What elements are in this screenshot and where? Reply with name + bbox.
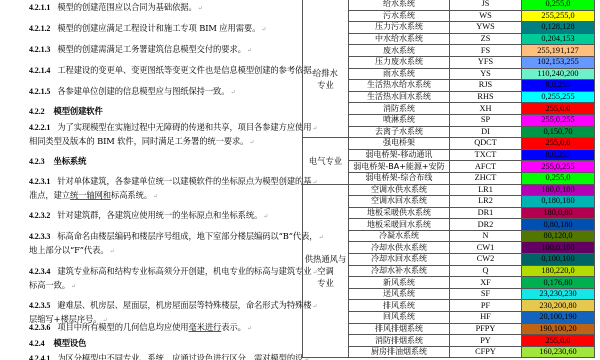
paragraph: 4.2.3.1针对单体建筑，各参建单位统一以建模软件的坐标原点为模型创建的基↵ xyxy=(29,176,317,188)
paragraph: 4.2.1.4工程建设的变更单、变更图纸等变更文件也是信息模型创建的参考依据。↵ xyxy=(29,65,326,77)
system-name-cell: 弱电桥架-移动通讯 xyxy=(349,149,450,161)
clause-number: 4.2.4 xyxy=(29,338,45,349)
group-label: 给排水 xyxy=(303,67,348,79)
system-name-cell: 消防排烟系统 xyxy=(349,335,450,347)
system-code-cell: AFCT xyxy=(450,161,522,173)
rgb-color-cell: 160,230,60 xyxy=(522,346,595,358)
rgb-color-cell: 0,128,128 xyxy=(522,22,595,34)
clause-number: 4.2.3 xyxy=(29,156,45,167)
group-cell: 给排水专业 xyxy=(303,0,349,138)
paragraph-text: 避难层、机房层、屋面层，机房屋面层等特殊楼层，命名形式为特殊楼 xyxy=(57,300,311,310)
section-heading: 4.2.2模型创建软件 xyxy=(29,106,103,117)
rgb-color-cell: 0,255,255 xyxy=(522,91,595,103)
system-code-cell: HF xyxy=(450,312,522,324)
rgb-color-cell: 180,0,180 xyxy=(522,184,595,196)
paragraph-text: 模型的创建需满足工务署建筑信息模型交付的要求。 xyxy=(57,44,246,54)
clause-number: 4.2.3.6 xyxy=(29,322,50,333)
paragraph-text: 工程建设的变更单、变更图纸等变更文件也是信息模型创建的参考依据。 xyxy=(57,65,319,75)
system-code-cell: N xyxy=(450,230,522,242)
paragraph-text: 相同类型及版本的 BIM 软件，同时满足工务署的统一要求。 xyxy=(29,136,248,146)
rgb-color-cell: 80,120,0 xyxy=(522,230,595,242)
rgb-color-cell: 255,0,255 xyxy=(522,161,595,173)
clause-number: 4.2.1.2 xyxy=(29,23,50,34)
system-code-cell: WS xyxy=(450,10,522,22)
paragraph-text: 表示。 xyxy=(221,322,246,332)
system-code-cell: XF xyxy=(450,277,522,289)
system-name-cell: 冷却水回水系统 xyxy=(349,254,450,266)
paragraph-mark-icon: ↵ xyxy=(263,213,268,220)
paragraph: 4.2.3.5避难层、机房层、屋面层，机房屋面层等特殊楼层，命名形式为特殊楼↵ xyxy=(29,300,317,312)
paragraph: 4.2.3.2针对建筑群，各建筑应使用统一的坐标原点和坐标系统。↵ xyxy=(29,210,268,222)
system-name-cell: 新风系统 xyxy=(349,277,450,289)
rgb-color-cell: 0,80,180 xyxy=(522,219,595,231)
paragraph-text: 模型的创建范围应以合同为基础依据。 xyxy=(57,2,196,12)
system-name-cell: 生活热水回水系统 xyxy=(349,91,450,103)
rgb-color-cell: 0,0,255 xyxy=(522,149,595,161)
document-text-column: 4.2.1.1模型的创建范围应以合同为基础依据。↵4.2.1.2模型的创建应满足… xyxy=(0,0,296,360)
group-label: 空调 xyxy=(303,265,348,277)
system-name-cell: 雨水系统 xyxy=(349,68,450,80)
clause-number: 4.2.3.1 xyxy=(29,176,50,187)
table-row: 给排水专业给水系统JS0,255,0 xyxy=(303,0,595,10)
system-name-cell: 厨房排油烟系统 xyxy=(349,346,450,358)
system-name-cell: 空调水回水系统 xyxy=(349,196,450,208)
clause-number: 4.2.1.3 xyxy=(29,44,50,55)
paragraph: 4.2.4.1为区分模型中不同专业、系统，应通过设色进行区分，需对模型的设↵ xyxy=(29,353,309,360)
rgb-color-cell: 102,153,255 xyxy=(522,56,595,68)
system-code-cell: ZHCT xyxy=(450,172,522,184)
paragraph: 4.2.2.1为了实现模型在实施过程中无障碍的传递和共享，项目各参建方应使用↵ xyxy=(29,122,317,134)
system-code-cell: YFS xyxy=(450,56,522,68)
paragraph-mark-icon: ↵ xyxy=(71,283,76,290)
rgb-color-cell: 255,0,0 xyxy=(522,335,595,347)
system-name-cell: 冷凝水系统 xyxy=(349,230,450,242)
paragraph-text: 地上部分以“F”代表。 xyxy=(29,245,109,255)
system-name-cell: 空调水供水系统 xyxy=(349,184,450,196)
underlined-text: 毫米进行 xyxy=(188,322,221,332)
section-heading: 4.2.4模型设色 xyxy=(29,338,86,349)
paragraph-text: 坐标系统 xyxy=(54,156,87,166)
clause-number: 4.2.3.3 xyxy=(29,231,50,242)
system-name-cell: 污水系统 xyxy=(349,10,450,22)
system-code-cell: SP xyxy=(450,114,522,126)
system-name-cell: 压力污水系统 xyxy=(349,22,450,34)
clause-number: 4.2.1.1 xyxy=(29,2,50,13)
system-code-cell: JS xyxy=(450,0,522,10)
group-label: 专业 xyxy=(303,79,348,91)
system-name-cell: 喷淋系统 xyxy=(349,114,450,126)
system-code-cell: YWS xyxy=(450,22,522,34)
system-name-cell: 给水系统 xyxy=(349,0,450,10)
system-code-cell: CFPY xyxy=(450,346,522,358)
system-code-cell: SF xyxy=(450,288,522,300)
paragraph-mark-icon: ↵ xyxy=(261,26,266,33)
group-cell: 电气专业 xyxy=(303,138,349,184)
rgb-color-cell: 255,0,0 xyxy=(522,103,595,115)
rgb-color-cell: 0,100,100 xyxy=(522,254,595,266)
paragraph: 相同类型及版本的 BIM 软件，同时满足工务署的统一要求。↵ xyxy=(29,136,254,148)
rgb-color-cell: 0,176,80 xyxy=(522,277,595,289)
paragraph-mark-icon: ↵ xyxy=(110,248,115,255)
paragraph: 4.2.1.3模型的创建需满足工务署建筑信息模型交付的要求。↵ xyxy=(29,44,252,56)
paragraph: 准点，建立统一轴网和标高系统。↵ xyxy=(29,190,158,202)
paragraph: 4.2.3.6项目中所有模型的几何信息均应使用毫米进行表示。↵ xyxy=(29,322,252,334)
rgb-color-cell: 0,255,0 xyxy=(522,172,595,184)
system-name-cell: 冷却水补水系统 xyxy=(349,265,450,277)
paragraph: 地上部分以“F”代表。↵ xyxy=(29,245,114,257)
paragraph: 4.2.3.3标高命名由楼层编码和楼层序号组成，地下室部分楼层编码以“B”代表，… xyxy=(29,231,323,243)
system-name-cell: 弱电桥架-BA+能源+安防 xyxy=(349,161,450,173)
clause-number: 4.2.3.5 xyxy=(29,300,50,311)
paragraph-mark-icon: ↵ xyxy=(249,139,254,146)
rgb-color-cell: 0,255,0 xyxy=(522,0,595,10)
rgb-color-cell: 0,0,255 xyxy=(522,80,595,92)
group-label: 专业 xyxy=(303,277,348,289)
rgb-color-cell: 230,200,80 xyxy=(522,300,595,312)
paragraph: 4.2.1.5各参建单位创建的信息模型应与图纸保持一致。↵ xyxy=(29,86,235,98)
system-code-cell: RHS xyxy=(450,91,522,103)
paragraph-text: 建筑专业标高和结构专业标高须分开创建，机电专业的标高与建筑专业 xyxy=(57,266,311,276)
clause-number: 4.2.3.4 xyxy=(29,266,50,277)
rgb-color-cell: 255,255,0 xyxy=(522,10,595,22)
rgb-color-cell: 255,0,0 xyxy=(522,138,595,150)
paragraph-text: 标高命名由楼层编码和楼层序号组成，地下室部分楼层编码以“B”代表， xyxy=(57,231,317,241)
system-code-cell: PFPY xyxy=(450,323,522,335)
paragraph-mark-icon: ↵ xyxy=(247,325,252,332)
paragraph: 标高一致。↵ xyxy=(29,280,76,292)
system-code-cell: PY xyxy=(450,335,522,347)
system-name-cell: 送风系统 xyxy=(349,288,450,300)
system-code-cell: ZS xyxy=(450,33,522,45)
paragraph-text: 标高系统。 xyxy=(111,190,152,200)
clause-number: 4.2.1.5 xyxy=(29,86,50,97)
system-code-cell: YS xyxy=(450,68,522,80)
system-code-cell: CW1 xyxy=(450,242,522,254)
system-name-cell: 冷却水供水系统 xyxy=(349,242,450,254)
rgb-color-cell: 20,100,190 xyxy=(522,312,595,324)
system-name-cell: 排风排烟系统 xyxy=(349,323,450,335)
rgb-color-cell: 255,0,255 xyxy=(522,114,595,126)
system-code-cell: DR2 xyxy=(450,219,522,231)
rgb-color-cell: 0,180,180 xyxy=(522,196,595,208)
paragraph: 4.2.1.1模型的创建范围应以合同为基础依据。↵ xyxy=(29,2,203,14)
table-row: 电气专业强电桥架QDCT255,0,0 xyxy=(303,138,595,150)
system-name-cell: 中水给水系统 xyxy=(349,33,450,45)
system-code-cell: XH xyxy=(450,103,522,115)
system-code-cell: FS xyxy=(450,45,522,57)
system-code-cell: DI xyxy=(450,126,522,138)
system-code-cell: DR1 xyxy=(450,207,522,219)
system-name-cell: 消防系统 xyxy=(349,103,450,115)
section-heading: 4.2.3坐标系统 xyxy=(29,156,86,167)
clause-number: 4.2.3.2 xyxy=(29,210,50,221)
color-table-region: 给排水专业给水系统JS0,255,0污水系统WS255,255,0压力污水系统Y… xyxy=(302,0,600,360)
paragraph-text: 模型设色 xyxy=(54,338,87,348)
underlined-text: 统一轴网和 xyxy=(70,190,111,200)
paragraph: 4.2.3.4建筑专业标高和结构专业标高须分开创建，机电专业的标高与建筑专业↵ xyxy=(29,266,317,278)
system-code-cell: LR1 xyxy=(450,184,522,196)
group-cell: 供热通风与空调专业 xyxy=(303,184,349,358)
rgb-color-cell: 180,220,0 xyxy=(522,265,595,277)
system-color-table: 给排水专业给水系统JS0,255,0污水系统WS255,255,0压力污水系统Y… xyxy=(302,0,595,358)
rgb-color-cell: 23,230,230 xyxy=(522,288,595,300)
rgb-color-cell: 110,240,200 xyxy=(522,68,595,80)
paragraph-mark-icon: ↵ xyxy=(153,193,158,200)
paragraph-text: 针对建筑群，各建筑应使用统一的坐标原点和坐标系统。 xyxy=(57,210,262,220)
paragraph-text: 为区分模型中不同专业、系统，应通过设色进行区分，需对模型的设 xyxy=(57,353,303,360)
rgb-color-cell: 255,191,127 xyxy=(522,45,595,57)
system-name-cell: 弱电桥架-综合布线 xyxy=(349,172,450,184)
paragraph-mark-icon: ↵ xyxy=(230,89,235,96)
paragraph-text: 为了实现模型在实施过程中无障碍的传递和共享，项目各参建方应使用 xyxy=(57,122,311,132)
system-code-cell: TXCT xyxy=(450,149,522,161)
paragraph-text: 各参建单位创建的信息模型应与图纸保持一致。 xyxy=(57,86,229,96)
rgb-color-cell: 180,0,80 xyxy=(522,207,595,219)
paragraph: 4.2.1.2模型的创建应满足工程设计和施工专项 BIM 应用需要。↵ xyxy=(29,23,266,35)
paragraph-mark-icon: ↵ xyxy=(198,5,203,12)
group-label: 电气专业 xyxy=(303,155,348,167)
rgb-color-cell: 0,150,70 xyxy=(522,126,595,138)
system-name-cell: 强电桥架 xyxy=(349,138,450,150)
rgb-color-cell: 100,0,100 xyxy=(522,242,595,254)
paragraph-text: 针对单体建筑，各参建单位统一以建模软件的坐标原点为模型创建的基 xyxy=(57,176,311,186)
system-code-cell: CW2 xyxy=(450,254,522,266)
system-name-cell: 排风系统 xyxy=(349,300,450,312)
system-name-cell: 地板采暖供水系统 xyxy=(349,207,450,219)
system-name-cell: 压力废水系统 xyxy=(349,56,450,68)
clause-number: 4.2.1.4 xyxy=(29,65,50,76)
system-code-cell: PF xyxy=(450,300,522,312)
group-label: 供热通风与 xyxy=(303,253,348,265)
clause-number: 4.2.2.1 xyxy=(29,122,50,133)
system-code-cell: QDCT xyxy=(450,138,522,150)
paragraph-text: 项目中所有模型的几何信息均应使用 xyxy=(57,322,188,332)
clause-number: 4.2.4.1 xyxy=(29,353,50,360)
system-name-cell: 回风系统 xyxy=(349,312,450,324)
system-name-cell: 废水系统 xyxy=(349,45,450,57)
system-code-cell: Q xyxy=(450,265,522,277)
rgb-color-cell: 190,100,20 xyxy=(522,323,595,335)
paragraph-mark-icon: ↵ xyxy=(247,47,252,54)
table-row: 供热通风与空调专业空调水供水系统LR1180,0,180 xyxy=(303,184,595,196)
paragraph-text: 准点，建立 xyxy=(29,190,70,200)
system-name-cell: 去离子水系统 xyxy=(349,126,450,138)
paragraph-text: 模型创建软件 xyxy=(54,106,103,116)
system-name-cell: 地板采暖回水系统 xyxy=(349,219,450,231)
paragraph-text: 标高一致。 xyxy=(29,280,70,290)
system-code-cell: RJS xyxy=(450,80,522,92)
system-name-cell: 生活热水给水系统 xyxy=(349,80,450,92)
clause-number: 4.2.2 xyxy=(29,106,45,117)
paragraph-text: 模型的创建应满足工程设计和施工专项 BIM 应用需要。 xyxy=(57,23,260,33)
system-code-cell: LR2 xyxy=(450,196,522,208)
rgb-color-cell: 0,204,153 xyxy=(522,33,595,45)
